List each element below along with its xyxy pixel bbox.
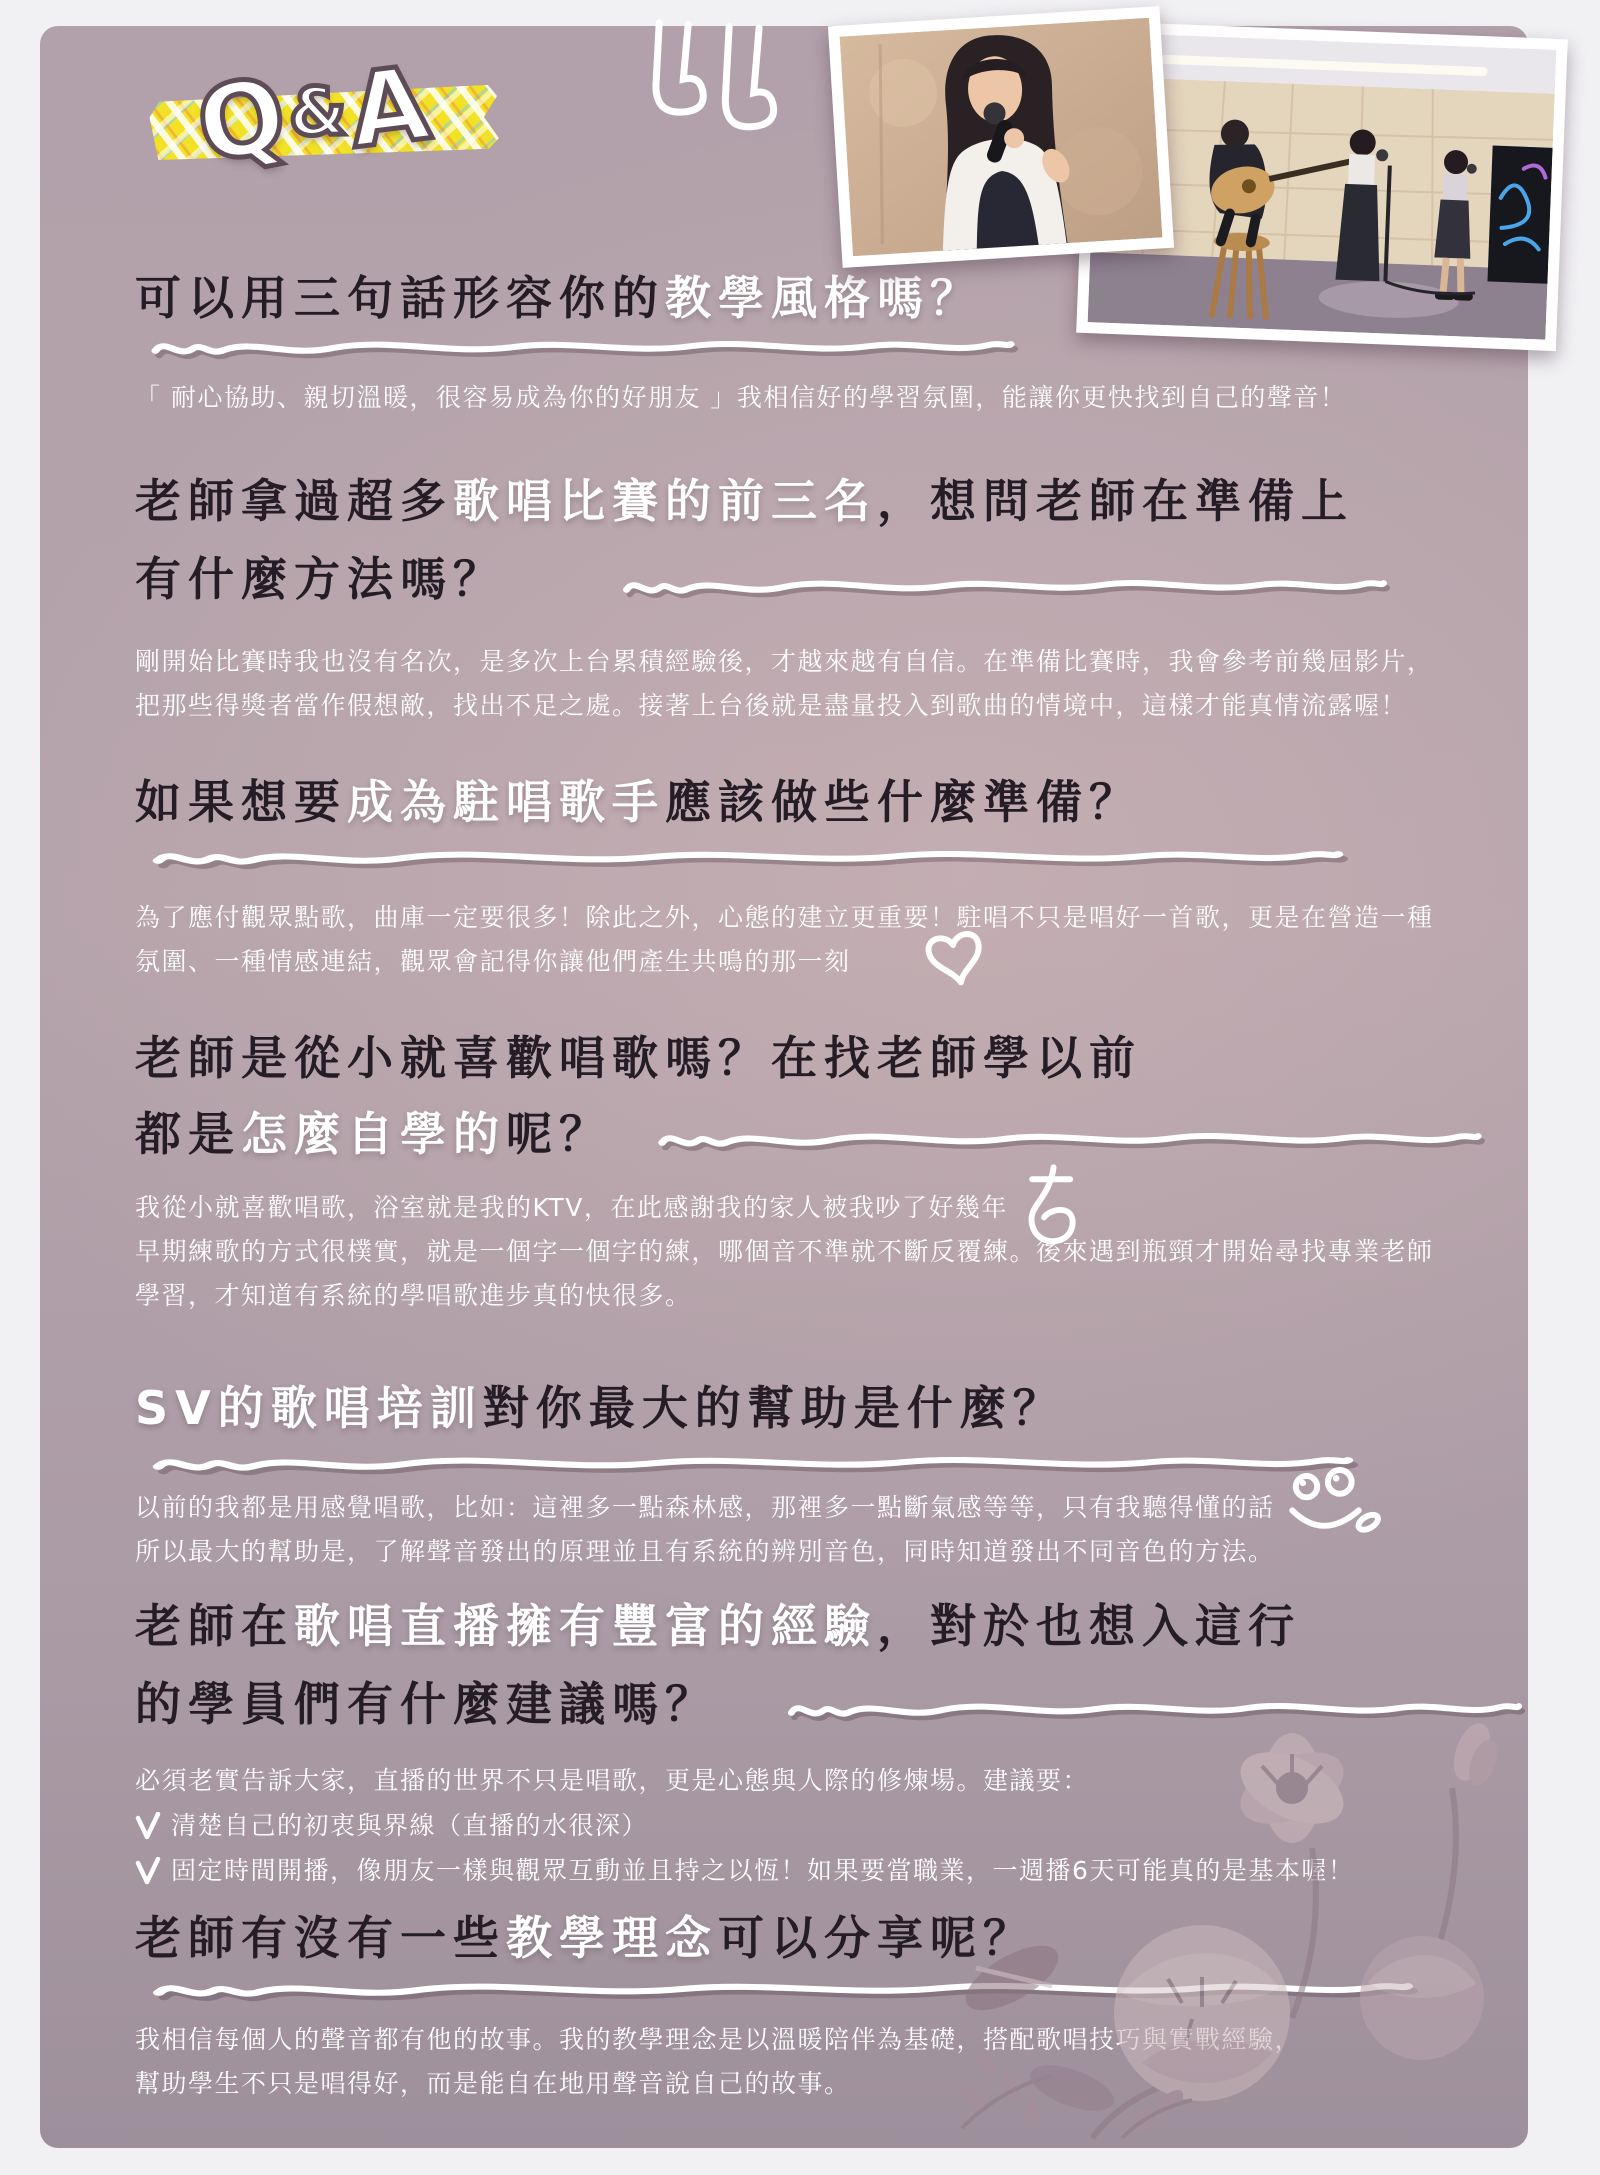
question-2-line1: 老師拿過超多歌唱比賽的前三名，想問老師在準備上 bbox=[135, 465, 1354, 531]
page-title: Q&A bbox=[193, 39, 502, 184]
wavy-underline bbox=[148, 332, 1018, 362]
question-2-line2: 有什麼方法嗎？ bbox=[135, 543, 506, 609]
q6-seg-dark2: ，對於也想入這行 bbox=[877, 1599, 1301, 1653]
flower-watercolor bbox=[892, 1668, 1532, 2148]
check-icon bbox=[135, 1857, 161, 1885]
question-6-line1: 老師在歌唱直播擁有豐富的經驗，對於也想入這行 bbox=[135, 1590, 1301, 1656]
smiley-doodle bbox=[1285, 1470, 1385, 1546]
question-1: 可以用三句話形容你的教學風格嗎？ bbox=[135, 262, 983, 328]
q5-seg-dark: 對你最大的幫助是什麼？ bbox=[483, 1381, 1066, 1435]
q4-seg-highlight: 怎麼自學的 bbox=[241, 1107, 506, 1161]
question-4-line1: 老師是從小就喜歡唱歌嗎？在找老師學以前 bbox=[135, 1022, 1142, 1088]
title-letter-a: A bbox=[343, 44, 440, 172]
question-4-line2: 都是怎麼自學的呢？ bbox=[135, 1098, 612, 1164]
answer-line: 把那些得獎者當作假想敵，找出不足之處。接著上台後就是盡量投入到歌曲的情境中，這樣… bbox=[135, 684, 1434, 728]
flower-illustration bbox=[892, 1668, 1532, 2148]
answer-line: 學習，才知道有系統的學唱歌進步真的快很多。 bbox=[135, 1274, 1434, 1318]
q2-seg-highlight: 歌唱比賽的前三名 bbox=[453, 474, 877, 528]
title-letter-q: Q bbox=[188, 54, 300, 188]
q4-seg-dark1: 都是 bbox=[135, 1107, 241, 1161]
wavy-underline bbox=[620, 571, 1390, 601]
answer-4: 我從小就喜歡唱歌，浴室就是我的KTV，在此感謝我的家人被我吵了好幾年 早期練歌的… bbox=[135, 1186, 1434, 1318]
q3-seg-dark1: 如果想要 bbox=[135, 775, 347, 829]
answer-line: 氛圍、一種情感連結，觀眾會記得你讓他們產生共鳴的那一刻 bbox=[135, 940, 1434, 984]
wavy-underline bbox=[655, 1124, 1485, 1154]
q1-seg-dark: 可以用三句話形容你的 bbox=[135, 271, 665, 325]
title-letter-amp: & bbox=[288, 73, 351, 151]
q6-seg-highlight: 歌唱直播擁有豐富的經驗 bbox=[294, 1599, 877, 1653]
q2-line2-text: 有什麼方法嗎？ bbox=[135, 552, 506, 606]
question-6-line2: 的學員們有什麼建議嗎？ bbox=[135, 1668, 718, 1734]
answer-2: 剛開始比賽時我也沒有名次，是多次上台累積經驗後，才越來越有自信。在準備比賽時，我… bbox=[135, 640, 1434, 728]
answer-line: 我從小就喜歡唱歌，浴室就是我的KTV，在此感謝我的家人被我吵了好幾年 bbox=[135, 1186, 1434, 1230]
answer-5: 以前的我都是用感覺唱歌，比如：這裡多一點森林感，那裡多一點斷氣感等等，只有我聽得… bbox=[135, 1486, 1275, 1574]
q1-seg-highlight: 教學風格嗎？ bbox=[665, 271, 983, 325]
q7-seg-dark1: 老師有沒有一些 bbox=[135, 1911, 506, 1965]
answer-line: 所以最大的幫助是，了解聲音發出的原理並且有系統的辨別音色，同時知道發出不同音色的… bbox=[135, 1530, 1275, 1574]
q6-seg-dark1: 老師在 bbox=[135, 1599, 294, 1653]
q4-seg-dark2: 呢？ bbox=[506, 1107, 612, 1161]
check-icon bbox=[135, 1812, 161, 1840]
answer-line: 以前的我都是用感覺唱歌，比如：這裡多一點森林感，那裡多一點斷氣感等等，只有我聽得… bbox=[135, 1486, 1275, 1530]
q7-seg-highlight: 教學理念 bbox=[506, 1911, 718, 1965]
heart-doodle bbox=[925, 930, 987, 988]
q5-seg-highlight: SV的歌唱培訓 bbox=[135, 1381, 483, 1435]
answer-line-text: 清楚自己的初衷與界線（直播的水很深） bbox=[171, 1803, 648, 1848]
q2-seg-dark1: 老師拿過超多 bbox=[135, 474, 453, 528]
poster-card: Q&A bbox=[40, 26, 1528, 2148]
wavy-underline bbox=[148, 1448, 1358, 1478]
answer-1: 「 耐心協助、親切溫暖，很容易成為你的好朋友 」我相信好的學習氛圍，能讓你更快找… bbox=[135, 376, 1346, 420]
q4-line1-text: 老師是從小就喜歡唱歌嗎？在找老師學以前 bbox=[135, 1031, 1142, 1085]
answer-line: 為了應付觀眾點歌，曲庫一定要很多！除此之外，心態的建立更重要！駐唱不只是唱好一首… bbox=[135, 896, 1434, 940]
answer-3: 為了應付觀眾點歌，曲庫一定要很多！除此之外，心態的建立更重要！駐唱不只是唱好一首… bbox=[135, 896, 1434, 984]
q2-seg-dark2: ，想問老師在準備上 bbox=[877, 474, 1354, 528]
singer-portrait-illustration bbox=[840, 18, 1163, 257]
singer-portrait-photo bbox=[828, 6, 1174, 268]
wavy-underline bbox=[148, 842, 1348, 872]
q3-seg-dark2: 應該做些什麼準備？ bbox=[665, 775, 1142, 829]
question-3: 如果想要成為駐唱歌手應該做些什麼準備？ bbox=[135, 766, 1142, 832]
answer-line: 「 耐心協助、親切溫暖，很容易成為你的好朋友 」我相信好的學習氛圍，能讓你更快找… bbox=[135, 376, 1346, 420]
drink-doodle bbox=[1020, 1165, 1080, 1265]
q3-seg-highlight: 成為駐唱歌手 bbox=[347, 775, 665, 829]
socks-doodle bbox=[648, 26, 788, 144]
question-5: SV的歌唱培訓對你最大的幫助是什麼？ bbox=[135, 1372, 1066, 1438]
answer-line: 早期練歌的方式很樸實，就是一個字一個字的練，哪個音不準就不斷反覆練。後來遇到瓶頸… bbox=[135, 1230, 1434, 1274]
q6-line2-text: 的學員們有什麼建議嗎？ bbox=[135, 1677, 718, 1731]
answer-line: 剛開始比賽時我也沒有名次，是多次上台累積經驗後，才越來越有自信。在準備比賽時，我… bbox=[135, 640, 1434, 684]
